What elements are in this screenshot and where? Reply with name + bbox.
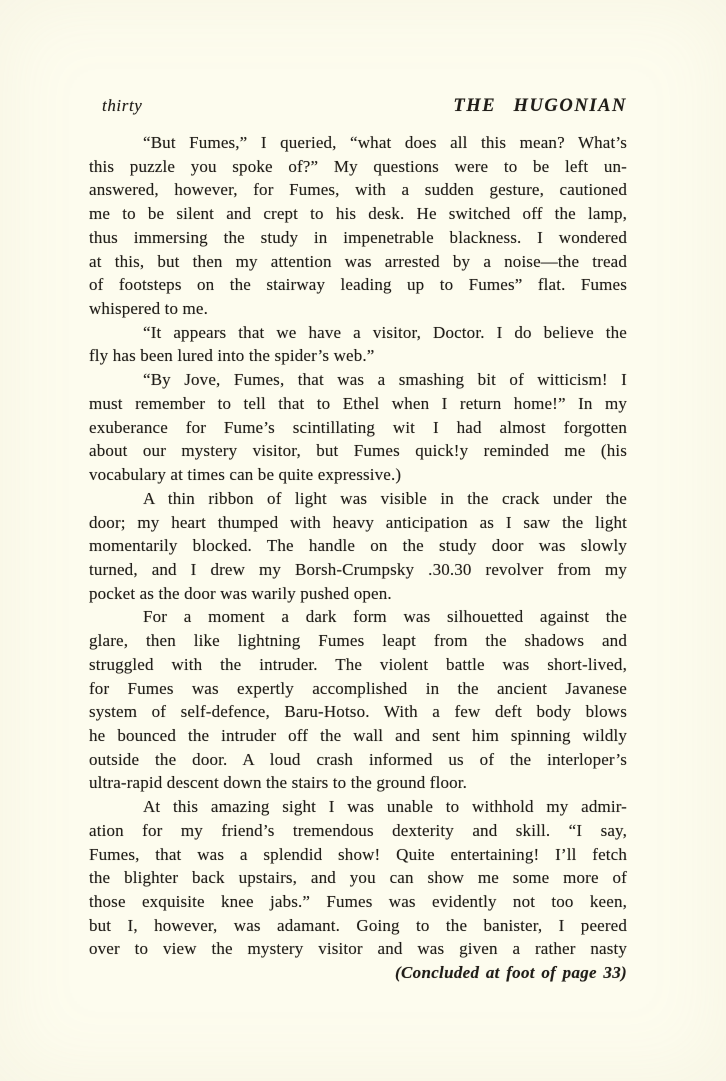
- paragraph: For a moment a dark form was silhouetted…: [89, 605, 627, 795]
- text-line: he bounced the intruder off the wall and…: [89, 724, 627, 748]
- text-line: vocabulary at times can be quite express…: [89, 463, 627, 487]
- text-line: over to view the mystery visitor and was…: [89, 937, 627, 961]
- text-line: “It appears that we have a visitor, Doct…: [89, 321, 627, 345]
- text-line: momentarily blocked. The handle on the s…: [89, 534, 627, 558]
- text-line: must remember to tell that to Ethel when…: [89, 392, 627, 416]
- text-line: about our mystery visitor, but Fumes qui…: [89, 439, 627, 463]
- text-line: answered, however, for Fumes, with a sud…: [89, 178, 627, 202]
- text-line: turned, and I drew my Borsh-Crumpsky .30…: [89, 558, 627, 582]
- text-line: Fumes, that was a splendid show! Quite e…: [89, 843, 627, 867]
- text-line: struggled with the intruder. The violent…: [89, 653, 627, 677]
- text-line: exuberance for Fume’s scintillating wit …: [89, 416, 627, 440]
- text-line: outside the door. A loud crash informed …: [89, 748, 627, 772]
- text-line: me to be silent and crept to his desk. H…: [89, 202, 627, 226]
- story-text: “But Fumes,” I queried, “what does all t…: [89, 131, 627, 985]
- story-paragraphs: “But Fumes,” I queried, “what does all t…: [89, 131, 627, 961]
- paragraph: “But Fumes,” I queried, “what does all t…: [89, 131, 627, 321]
- page-header: thirty THE HUGONIAN: [89, 96, 627, 117]
- text-line: pocket as the door was warily pushed ope…: [89, 582, 627, 606]
- text-line: ation for my friend’s tremendous dexteri…: [89, 819, 627, 843]
- text-line: At this amazing sight I was unable to wi…: [89, 795, 627, 819]
- paragraph: At this amazing sight I was unable to wi…: [89, 795, 627, 961]
- text-line: door; my heart thumped with heavy antici…: [89, 511, 627, 535]
- text-line: for Fumes was expertly accomplished in t…: [89, 677, 627, 701]
- scanned-page: thirty THE HUGONIAN “But Fumes,” I queri…: [0, 0, 726, 1081]
- text-line: at this, but then my attention was arres…: [89, 250, 627, 274]
- text-line: system of self-defence, Baru-Hotso. With…: [89, 700, 627, 724]
- text-line: whispered to me.: [89, 297, 627, 321]
- journal-title: THE HUGONIAN: [453, 96, 627, 117]
- paragraph: “It appears that we have a visitor, Doct…: [89, 321, 627, 368]
- text-line: those exquisite knee jabs.” Fumes was ev…: [89, 890, 627, 914]
- text-line: but I, however, was adamant. Going to th…: [89, 914, 627, 938]
- text-line: “But Fumes,” I queried, “what does all t…: [89, 131, 627, 155]
- text-line: A thin ribbon of light was visible in th…: [89, 487, 627, 511]
- paragraph: A thin ribbon of light was visible in th…: [89, 487, 627, 606]
- text-line: ultra-rapid descent down the stairs to t…: [89, 771, 627, 795]
- text-line: For a moment a dark form was silhouetted…: [89, 605, 627, 629]
- text-line: the blighter back upstairs, and you can …: [89, 866, 627, 890]
- continuation-note: (Concluded at foot of page 33): [89, 961, 627, 985]
- text-line: glare, then like lightning Fumes leapt f…: [89, 629, 627, 653]
- text-line: of footsteps on the stairway leading up …: [89, 273, 627, 297]
- page-number-folio: thirty: [89, 96, 142, 116]
- text-line: this puzzle you spoke of?” My questions …: [89, 155, 627, 179]
- text-line: thus immersing the study in impenetrable…: [89, 226, 627, 250]
- text-line: fly has been lured into the spider’s web…: [89, 344, 627, 368]
- paragraph: “By Jove, Fumes, that was a smashing bit…: [89, 368, 627, 487]
- text-line: “By Jove, Fumes, that was a smashing bit…: [89, 368, 627, 392]
